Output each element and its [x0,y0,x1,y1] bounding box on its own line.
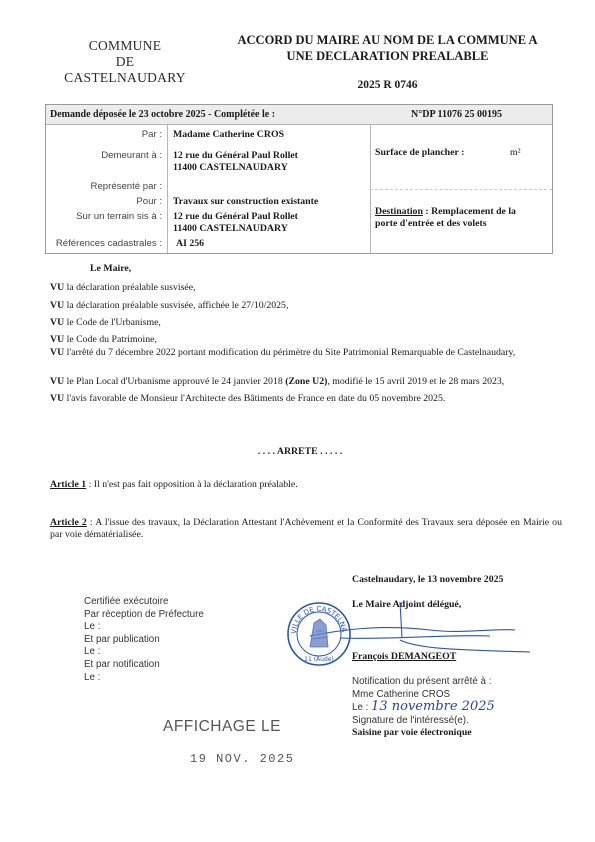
vu-item: VU le Plan Local d'Urbanisme approuvé le… [50,376,562,388]
commune-line: COMMUNE [40,38,210,54]
destination: Destination : Remplacement de la porte d… [375,206,550,230]
vu-item: VU la déclaration préalable susvisée, [50,282,562,294]
vu-item: VU le Code du Patrimoine, [50,334,562,346]
vu-text: l'avis favorable de Monsieur l'Architect… [64,393,445,404]
notification-line: Signature de l'intéressé(e). [352,715,495,728]
date-label: Le : [352,702,371,713]
signatory-name: François DEMANGEOT [352,651,456,663]
divider [167,124,168,253]
affichage-date: 19 NOV. 2025 [190,752,294,766]
vu-text: le Code du Patrimoine, [64,334,157,345]
article-text: : A l'issue des travaux, la Déclaration … [50,517,562,540]
address-line: 12 rue du Général Paul Rollet [173,150,298,162]
affichage-stamp: AFFICHAGE LE [163,718,281,736]
vu-item: VU le Code de l'Urbanisme, [50,317,562,329]
vu-text: l'arrêté du 7 décembre 2022 portant modi… [64,347,515,358]
notification-block: Notification du présent arrêté à : Mme C… [352,676,495,740]
title-line: UNE DECLARATION PREALABLE [215,48,560,64]
value-pour: Travaux sur construction existante [173,196,318,208]
divider [370,189,552,190]
commune-line: DE [40,54,210,70]
cert-line: Certifiée exécutoire [84,596,204,609]
vu-keyword: VU [50,347,64,358]
label-pour: Pour : [46,196,162,207]
commune-line: CASTELNAUDARY [40,70,210,86]
cert-line: Par réception de Préfecture [84,609,204,622]
label-cadastre: Références cadastrales : [46,238,162,249]
request-date: Demande déposée le 23 octobre 2025 - Com… [50,109,275,120]
table-header: Demande déposée le 23 octobre 2025 - Com… [46,105,552,125]
notification-line: Notification du présent arrêté à : [352,676,495,689]
request-info-table: Demande déposée le 23 octobre 2025 - Com… [45,104,553,254]
vu-keyword: VU [50,317,64,328]
vu-keyword: VU [50,393,64,404]
vu-item: VU la déclaration préalable susvisée, af… [50,300,562,312]
vu-item: VU l'avis favorable de Monsieur l'Archit… [50,393,562,405]
label-represente: Représenté par : [46,181,162,192]
cert-line: Le : [84,646,204,659]
arrete-heading: . . . . ARRETE . . . . . [40,446,560,457]
address-line: 12 rue du Général Paul Rollet [173,211,298,223]
address-line: 11400 CASTELNAUDARY [173,223,298,235]
cert-line: Et par notification [84,659,204,672]
cert-line: Et par publication [84,634,204,647]
document-title: ACCORD DU MAIRE AU NOM DE LA COMMUNE A U… [215,32,560,64]
destination-label: Destination [375,206,423,217]
label-demeurant: Demeurant à : [46,150,162,161]
vu-text: la déclaration préalable susvisée, affic… [64,300,288,311]
destination-value: : Remplacement de la [423,206,516,217]
vu-text: le Plan Local d'Urbanisme approuvé le 24… [64,376,285,387]
address-line: 11400 CASTELNAUDARY [173,162,298,174]
vu-text: le Code de l'Urbanisme, [64,317,161,328]
label-terrain: Sur un terrain sis à : [46,211,162,222]
vu-text: la déclaration préalable susvisée, [64,282,195,293]
town-seal-icon: VILLE DE CASTELNAUDARY 11 (Aude) [286,601,352,667]
plu-zone: (Zone U2) [285,376,327,387]
svg-text:11 (Aude): 11 (Aude) [304,656,334,663]
value-par: Madame Catherine CROS [173,129,284,141]
notification-date: Le : 13 novembre 2025 [352,701,495,715]
saisine: Saisine par voie électronique [352,727,495,740]
surface-unit: m² [510,147,521,159]
cert-line: Le : [84,672,204,685]
vu-keyword: VU [50,282,64,293]
article-text: : Il n'est pas fait opposition à la décl… [86,479,298,490]
reference-number: 2025 R 0746 [215,79,560,91]
value-cadastre: AI 256 [176,238,204,250]
le-maire: Le Maire, [90,263,131,275]
article-1: Article 1 : Il n'est pas fait opposition… [50,479,562,491]
place-date: Castelnaudary, le 13 novembre 2025 [352,574,503,586]
article-label: Article 2 [50,517,87,528]
vu-text: , modifié le 15 avril 2019 et le 28 mars… [327,376,504,387]
article-2: Article 2 : A l'issue des travaux, la Dé… [50,517,562,541]
commune-name: COMMUNE DE CASTELNAUDARY [40,38,210,86]
cert-line: Le : [84,621,204,634]
vu-keyword: VU [50,300,64,311]
surface-label: Surface de plancher : [375,147,464,159]
vu-keyword: VU [50,334,64,345]
dp-number: N°DP 11076 25 00195 [411,109,502,120]
article-label: Article 1 [50,479,86,490]
vu-keyword: VU [50,376,64,387]
label-par: Par : [46,129,162,140]
vu-item: VU l'arrêté du 7 décembre 2022 portant m… [50,347,562,359]
handwritten-date: 13 novembre 2025 [371,699,495,714]
value-demeurant: 12 rue du Général Paul Rollet 11400 CAST… [173,150,298,174]
title-line: ACCORD DU MAIRE AU NOM DE LA COMMUNE A [215,32,560,48]
certification-block: Certifiée exécutoire Par réception de Pr… [84,596,204,684]
destination-value: porte d'entrée et des volets [375,218,487,229]
value-terrain: 12 rue du Général Paul Rollet 11400 CAST… [173,211,298,235]
